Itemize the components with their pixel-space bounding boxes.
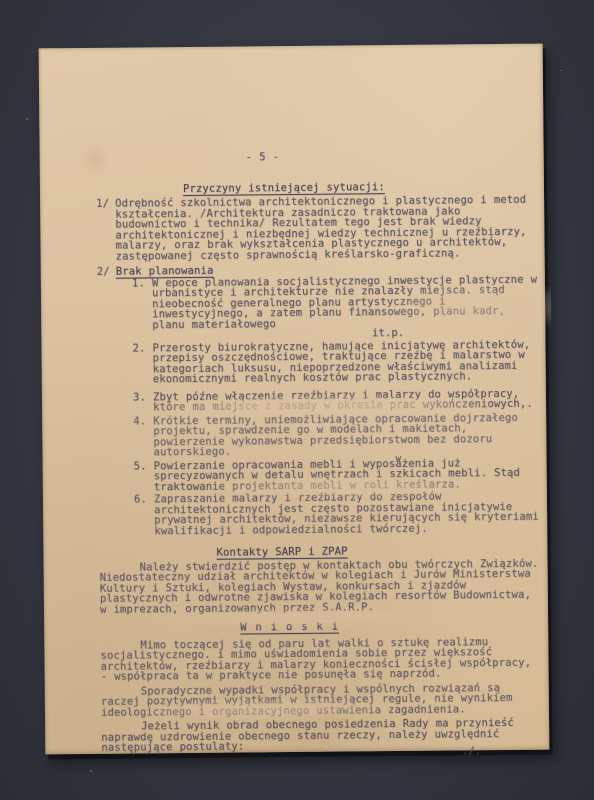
list-item: 2. Przerosty biurokratyczne, hamujące in… xyxy=(132,339,539,385)
cause-item-2-number: 2/ xyxy=(97,267,110,278)
list-item-text: Przerosty biurokratyczne, hamujące inicj… xyxy=(152,338,530,385)
list-item: 5. w Powierzanie opracowania mebli i wyp… xyxy=(134,457,541,492)
contacts-paragraph: Należy stwierdzić postęp w kontaktach ob… xyxy=(100,558,542,615)
typewritten-text-block: - 5 - Przyczyny istniejącej sytuacji: 1/… xyxy=(96,150,544,760)
mat-speck xyxy=(560,70,562,71)
planning-problems-list: 1. W epoce planowania socjalistycznego i… xyxy=(132,274,541,536)
list-item-number: 4. xyxy=(133,416,146,427)
page-number: - 5 - xyxy=(96,150,538,165)
list-item-text: Zapraszanie malarzy i rzeźbiarzy do zesp… xyxy=(154,491,539,537)
causes-heading-text: Przyczyny istniejącej sytuacji: xyxy=(183,181,385,195)
mat-speck xyxy=(90,770,92,772)
cause-item-1: 1/ Odrębność szkolnictwa architektoniczn… xyxy=(96,195,539,262)
list-item-number: 3. xyxy=(133,392,146,403)
cause-item-1-text: Odrębność szkolnictwa architektonicznego… xyxy=(115,194,527,262)
section-heading-causes: Przyczyny istniejącej sytuacji: xyxy=(96,180,538,195)
list-item: 4. Krótkie terminy, uniemożliwiające opr… xyxy=(133,412,540,458)
conclusions-paragraph-1: Mimo toczącej się od paru lat walki o sz… xyxy=(100,636,542,682)
list-item-number: 1. xyxy=(132,278,145,289)
scanned-document-page: - 5 - Przyczyny istniejącej sytuacji: 1/… xyxy=(39,44,550,755)
list-item-text: Zbyt późne włączenie rzeźbiarzy i malarz… xyxy=(153,387,533,413)
list-item: 1. W epoce planowania socjalistycznego i… xyxy=(132,274,540,341)
mat-speck xyxy=(26,118,28,120)
list-item: 3. Zbyt późne włączenie rzeźbiarzy i mal… xyxy=(133,388,540,413)
list-item-number: 5. xyxy=(134,461,147,472)
list-item-number: 6. xyxy=(134,494,147,505)
list-item-text: Krótkie terminy, uniemożliwiające opraco… xyxy=(153,411,518,458)
cause-item-1-number: 1/ xyxy=(96,199,109,210)
list-item-number: 2. xyxy=(132,343,145,354)
section-heading-contacts: Kontakty SARP i ZPAP xyxy=(99,545,541,560)
conclusions-heading-text: W n i o s k i xyxy=(240,621,339,634)
contacts-heading-text: Kontakty SARP i ZPAP xyxy=(216,545,347,558)
list-item-text: W epoce planowania socjalistycznego inwe… xyxy=(152,273,537,331)
list-item: 6. Zapraszanie malarzy i rzeźbiarzy do z… xyxy=(134,491,541,537)
section-heading-conclusions: W n i o s k i xyxy=(100,620,542,635)
typed-insertion-mark: w xyxy=(396,453,402,464)
list-item-text: Powierzanie opracowania mebli i wyposaże… xyxy=(154,457,520,493)
conclusions-paragraph-2: Sporadyczne wypadki współpracy i wspólny… xyxy=(101,682,543,718)
